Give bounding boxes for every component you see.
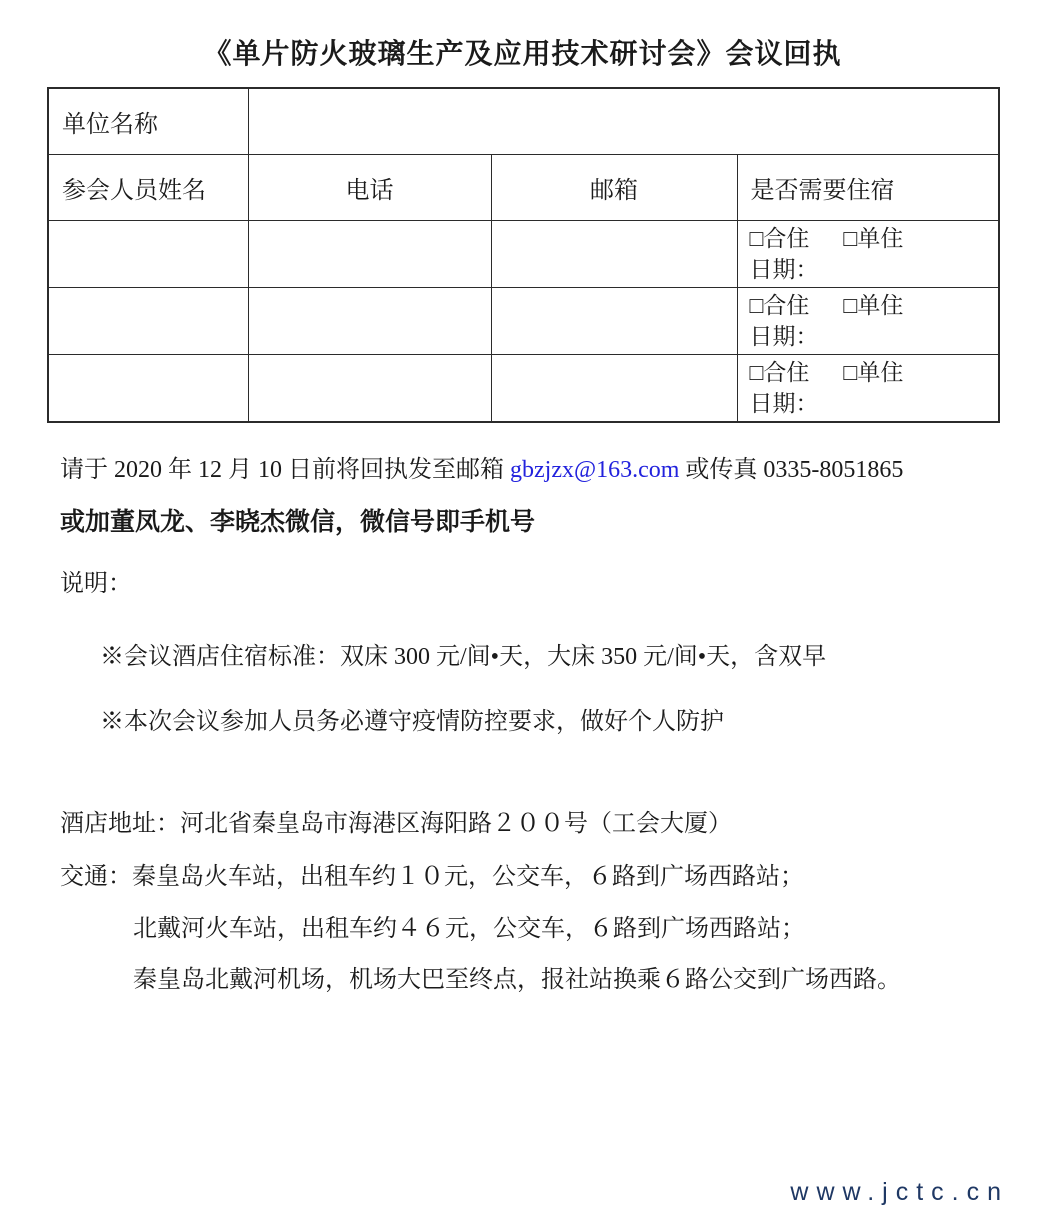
transport-line-2: 北戴河火车站，出租车约４６元，公交车，６路到广场西路站； — [60, 915, 998, 943]
header-accommodation: 是否需要住宿 — [737, 154, 999, 220]
table-row-attendee-3: □合住□单住 日期： — [48, 354, 999, 422]
company-name-label: 单位名称 — [48, 88, 248, 154]
transport-line-3: 秦皇岛北戴河机场，机场大巴至终点，报社站换乘６路公交到广场西路。 — [60, 966, 998, 994]
deadline-note: 请于 2020 年 12 月 10 日前将回执发至邮箱 gbzjzx@163.c… — [60, 456, 998, 484]
date-label: 日期： — [750, 257, 819, 282]
date-line[interactable]: 日期： — [750, 254, 999, 285]
deadline-prefix: 请于 2020 年 12 月 10 日前将回执发至邮箱 — [60, 457, 510, 483]
checkbox-icon[interactable]: □ — [843, 293, 857, 318]
email-cell[interactable] — [491, 220, 737, 287]
email-cell[interactable] — [491, 287, 737, 354]
checkbox-line: □合住□单住 — [750, 290, 999, 321]
reply-table: 单位名称 参会人员姓名 电话 邮箱 是否需要住宿 □合住□单住 日期： — [47, 87, 1000, 423]
document-page: 《单片防火玻璃生产及应用技术研讨会》会议回执 单位名称 参会人员姓名 电话 邮箱… — [0, 0, 1047, 1219]
checkbox-line: □合住□单住 — [750, 357, 999, 388]
attendee-name-cell[interactable] — [48, 220, 248, 287]
table-row-headers: 参会人员姓名 电话 邮箱 是否需要住宿 — [48, 154, 999, 220]
phone-cell[interactable] — [248, 287, 491, 354]
checkbox-single-option[interactable]: □单住 — [843, 290, 903, 321]
table-row-attendee-1: □合住□单住 日期： — [48, 220, 999, 287]
date-line[interactable]: 日期： — [750, 388, 999, 419]
header-attendee-name: 参会人员姓名 — [48, 154, 248, 220]
attendee-name-cell[interactable] — [48, 354, 248, 422]
checkbox-icon[interactable]: □ — [843, 226, 857, 251]
date-label: 日期： — [750, 324, 819, 349]
checkbox-icon[interactable]: □ — [843, 360, 857, 385]
remark-covid: ※本次会议参加人员务必遵守疫情防控要求，做好个人防护 — [60, 708, 998, 736]
checkbox-icon[interactable]: □ — [750, 293, 764, 318]
single-label: 单住 — [857, 293, 903, 318]
remarks-title: 说明： — [60, 570, 998, 598]
table-row-attendee-2: □合住□单住 日期： — [48, 287, 999, 354]
accommodation-cell: □合住□单住 日期： — [737, 220, 999, 287]
date-label: 日期： — [750, 391, 819, 416]
hotel-address: 酒店地址：河北省秦皇岛市海港区海阳路２００号（工会大厦） — [60, 810, 998, 838]
phone-cell[interactable] — [248, 220, 491, 287]
deadline-suffix: 或传真 0335-8051865 — [679, 457, 903, 483]
checkbox-icon[interactable]: □ — [750, 226, 764, 251]
checkbox-shared-option[interactable]: □合住 — [750, 223, 810, 254]
shared-label: 合住 — [763, 360, 809, 385]
date-line[interactable]: 日期： — [750, 321, 999, 352]
page-title: 《单片防火玻璃生产及应用技术研讨会》会议回执 — [47, 36, 998, 72]
shared-label: 合住 — [763, 293, 809, 318]
remark-hotel-rate: ※会议酒店住宿标准：双床 300 元/间•天，大床 350 元/间•天，含双早 — [60, 643, 998, 671]
header-email: 邮箱 — [491, 154, 737, 220]
checkbox-single-option[interactable]: □单住 — [843, 357, 903, 388]
checkbox-icon[interactable]: □ — [750, 360, 764, 385]
header-phone: 电话 — [248, 154, 491, 220]
transport-line-1: 交通：秦皇岛火车站，出租车约１０元，公交车，６路到广场西路站； — [60, 863, 998, 891]
single-label: 单住 — [857, 226, 903, 251]
shared-label: 合住 — [763, 226, 809, 251]
website-watermark: www.jctc.cn — [790, 1178, 1009, 1207]
checkbox-line: □合住□单住 — [750, 223, 999, 254]
single-label: 单住 — [857, 360, 903, 385]
table-row-company: 单位名称 — [48, 88, 999, 154]
email-cell[interactable] — [491, 354, 737, 422]
accommodation-cell: □合住□单住 日期： — [737, 287, 999, 354]
email-link[interactable]: gbzjzx@163.com — [510, 457, 679, 483]
checkbox-shared-option[interactable]: □合住 — [750, 357, 810, 388]
attendee-name-cell[interactable] — [48, 287, 248, 354]
phone-cell[interactable] — [248, 354, 491, 422]
company-name-input-cell[interactable] — [248, 88, 999, 154]
checkbox-shared-option[interactable]: □合住 — [750, 290, 810, 321]
accommodation-cell: □合住□单住 日期： — [737, 354, 999, 422]
checkbox-single-option[interactable]: □单住 — [843, 223, 903, 254]
wechat-note: 或加董凤龙、李晓杰微信，微信号即手机号 — [60, 508, 998, 536]
